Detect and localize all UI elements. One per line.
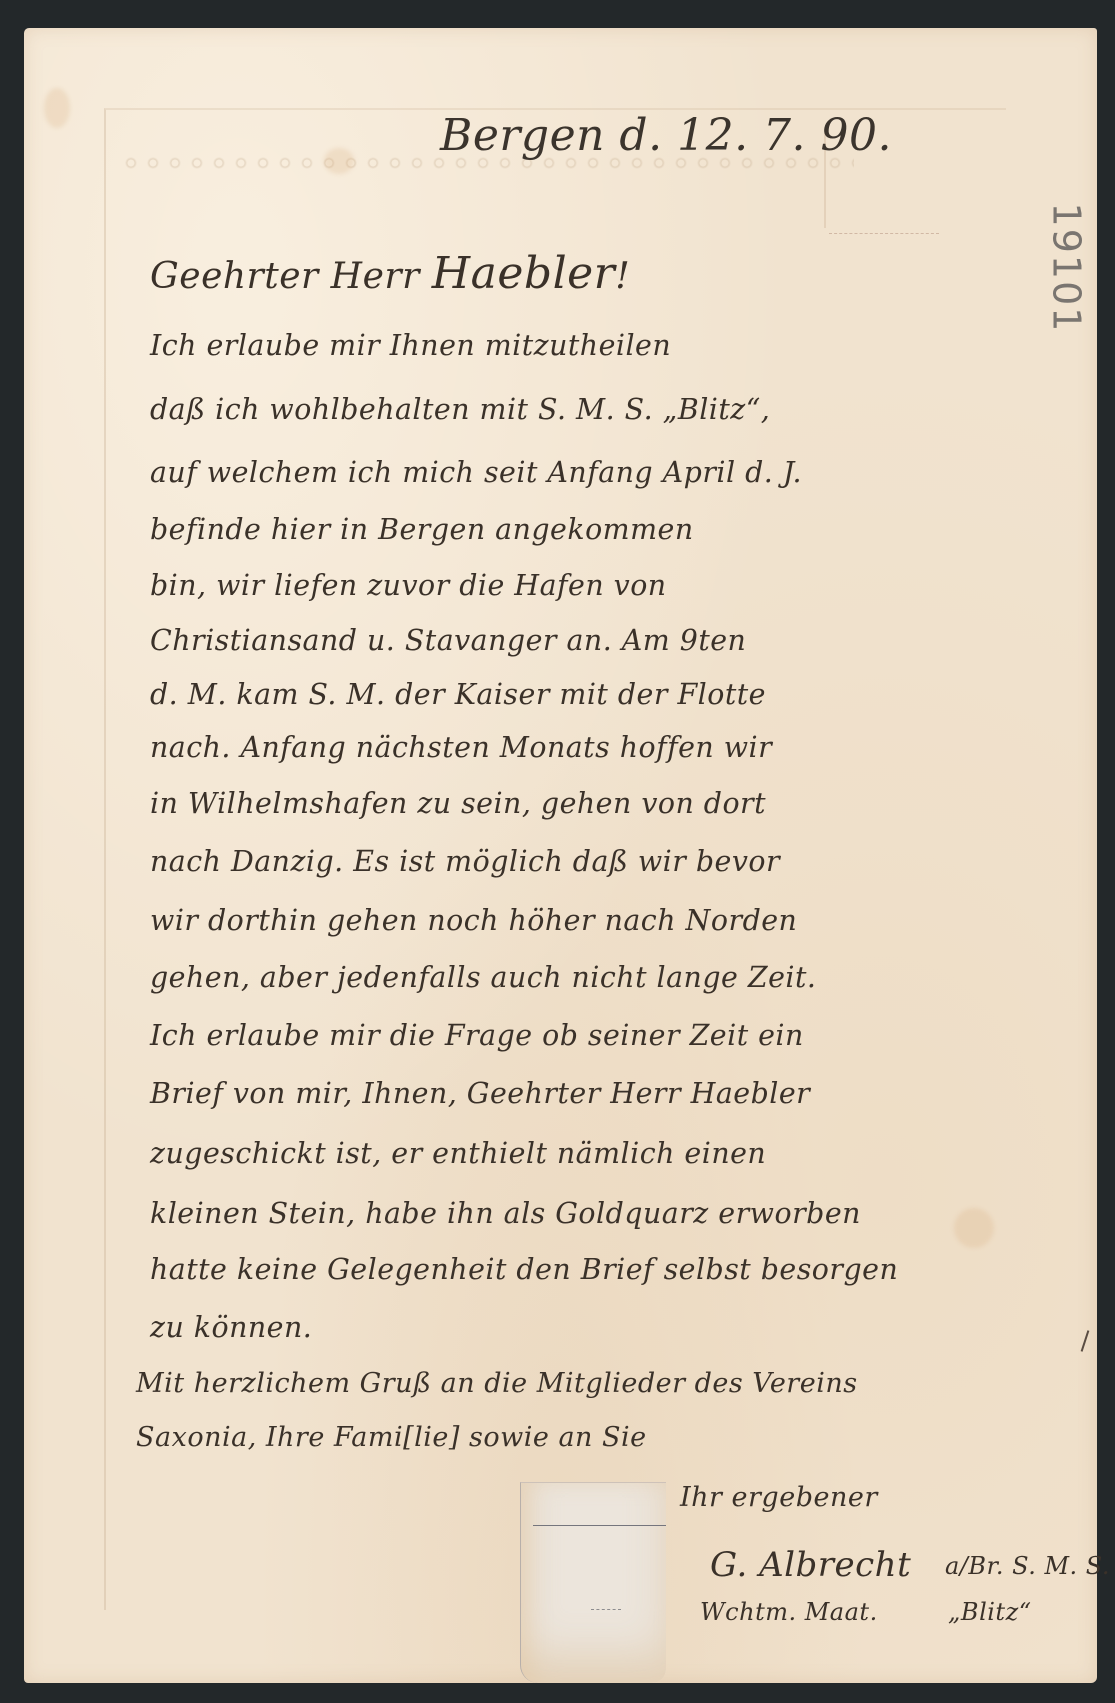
- body-line: hatte keine Gelegenheit den Brief selbst…: [150, 1252, 898, 1286]
- age-stain: [324, 148, 354, 174]
- embossed-dotted-line: [829, 233, 939, 234]
- body-line: d. M. kam S. M. der Kaiser mit der Flott…: [150, 677, 766, 711]
- age-stain: [954, 1208, 994, 1248]
- signature-ship-line-2: „Blitz“: [948, 1598, 1031, 1626]
- body-line: wir dorthin gehen noch höher nach Norden: [150, 903, 797, 937]
- body-line: Ich erlaube mir die Frage ob seiner Zeit…: [150, 1018, 804, 1052]
- closing-greeting-line: Saxonia, Ihre Fami[lie] sowie an Sie: [136, 1422, 647, 1453]
- patch-dash-mark: [591, 1609, 621, 1610]
- patch-ruled-line: [533, 1525, 666, 1526]
- body-line: gehen, aber jedenfalls auch nicht lange …: [150, 960, 816, 994]
- signature-name: G. Albrecht: [710, 1545, 911, 1585]
- body-line: Ich erlaube mir Ihnen mitzutheilen: [150, 328, 671, 362]
- signature-ship-line-1: a/Br. S. M. S.: [945, 1552, 1110, 1580]
- salutation-punctuation: !: [615, 256, 630, 297]
- archive-number-note: 19101: [1036, 193, 1096, 343]
- body-line: bin, wir liefen zuvor die Hafen von: [150, 568, 667, 602]
- body-line: in Wilhelmshafen zu sein, gehen von dort: [150, 786, 766, 820]
- body-line: befinde hier in Bergen angekommen: [150, 512, 694, 546]
- body-line: kleinen Stein, habe ihn als Goldquarz er…: [150, 1196, 861, 1230]
- signature-rank: Wchtm. Maat.: [700, 1598, 878, 1626]
- recipient-name: Haebler: [432, 248, 615, 299]
- closing-greeting-line: Mit herzlichem Gruß an die Mitglieder de…: [136, 1368, 858, 1399]
- salutation: Geehrter Herr Haebler!: [150, 248, 630, 299]
- body-line: Brief von mir, Ihnen, Geehrter Herr Haeb…: [150, 1076, 810, 1110]
- body-line: auf welchem ich mich seit Anfang April d…: [150, 455, 802, 489]
- paper-label-patch: [520, 1482, 666, 1683]
- archive-number-text: 19101: [1044, 203, 1088, 334]
- body-line: daß ich wohlbehalten mit S. M. S. „Blitz…: [150, 392, 770, 426]
- body-line: Christiansand u. Stavanger an. Am 9ten: [150, 623, 746, 657]
- place-date-heading: Bergen d. 12. 7. 90.: [440, 110, 892, 161]
- valediction: Ihr ergebener: [680, 1482, 878, 1513]
- body-line: nach. Anfang nächsten Monats hoffen wir: [150, 730, 772, 764]
- body-line: zu können.: [150, 1310, 312, 1344]
- body-line: zugeschickt ist, er enthielt nämlich ein…: [150, 1136, 766, 1170]
- age-stain: [44, 88, 70, 128]
- salutation-prefix: Geehrter Herr: [150, 256, 420, 297]
- body-line: nach Danzig. Es ist möglich daß wir bevo…: [150, 844, 780, 878]
